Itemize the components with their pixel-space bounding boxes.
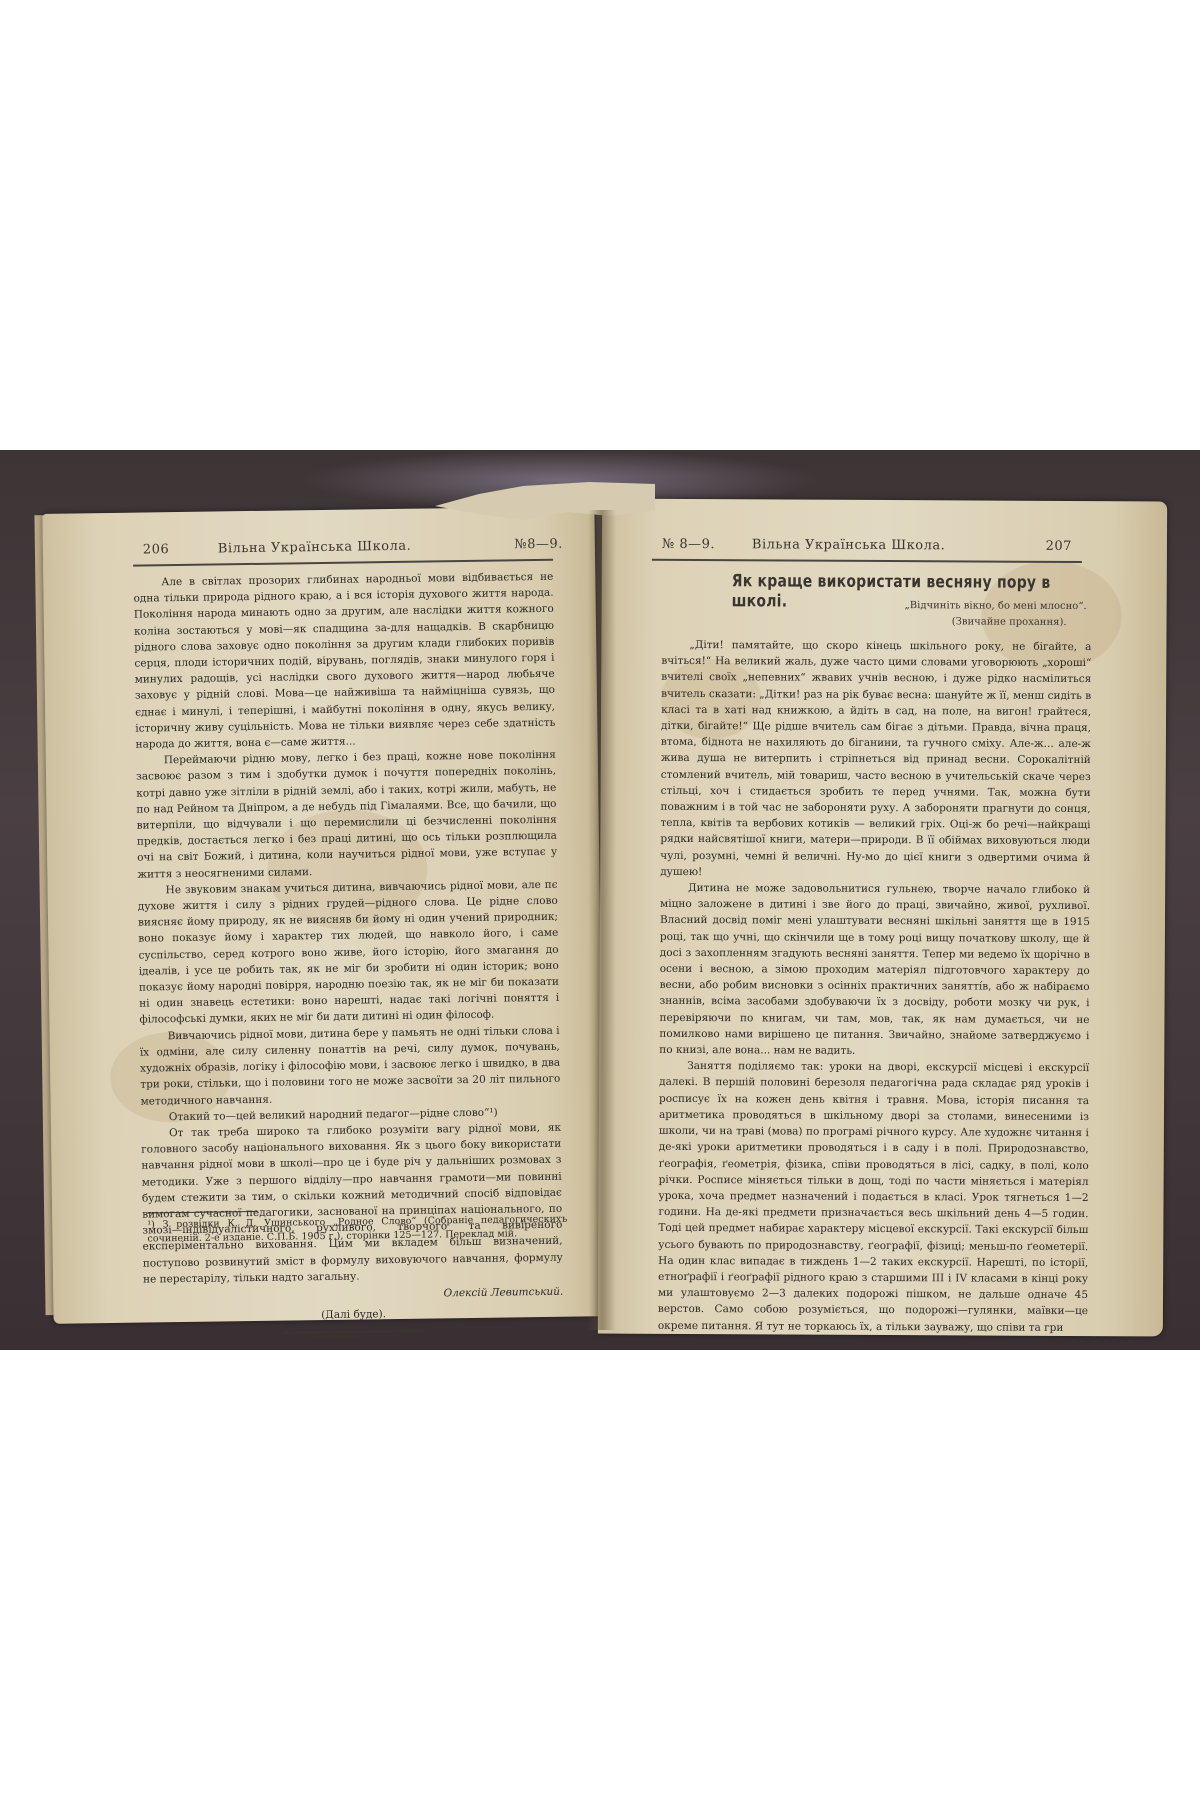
paragraph: „Діти! памятайте, що скоро кінець шкільн…	[660, 637, 1091, 882]
right-page-header: № 8—9. Вільна Українська Школа. 207	[662, 537, 1072, 554]
paragraph: От так треба широко та глибоко розуміти …	[141, 1120, 563, 1288]
page-number: 207	[1046, 539, 1072, 554]
epigraph-source: (Звичайне прохання).	[802, 614, 1087, 631]
left-page: 206 Вільна Українська Школа. №8—9. Але в…	[42, 506, 605, 1324]
running-title: Вільна Українська Школа.	[218, 537, 515, 556]
footnote: ¹) З розвідки К. Д. Ушинського „Родное С…	[147, 1213, 567, 1247]
author-signature: Олексій Левитський.	[143, 1284, 563, 1306]
to-be-continued: (Далі буде).	[143, 1304, 563, 1326]
right-page: № 8—9. Вільна Українська Школа. 207 Як к…	[598, 499, 1167, 1337]
paragraph: Але в світлах прозорих глибинах народньо…	[133, 569, 555, 753]
header-rule	[133, 559, 553, 567]
issue-number: № 8—9.	[662, 537, 752, 552]
book-photograph: 206 Вільна Українська Школа. №8—9. Але в…	[0, 450, 1200, 1350]
page-number: 206	[143, 541, 218, 557]
epigraph: „Відчиніть вікно, бо мені млосно“. (Звич…	[802, 598, 1087, 631]
epigraph-quote: „Відчиніть вікно, бо мені млосно“.	[802, 598, 1087, 615]
issue-number: №8—9.	[514, 537, 563, 553]
paragraph: Вивчаючись рідної мови, дитина бере у па…	[140, 1022, 561, 1109]
header-rule	[652, 559, 1082, 563]
end-rule	[284, 1330, 424, 1334]
paragraph: Переймаючи рідню мову, легко і без праці…	[136, 747, 558, 882]
paragraph: Заняття поділяємо так: уроки на дворі, е…	[658, 1058, 1089, 1336]
left-page-header: 206 Вільна Українська Школа. №8—9.	[143, 537, 563, 558]
paragraph: Дитина не може задовольнитися гульнею, т…	[659, 880, 1090, 1060]
right-page-body: „Діти! памятайте, що скоро кінець шкільн…	[658, 637, 1092, 1336]
open-book: 206 Вільна Українська Школа. №8—9. Але в…	[40, 460, 1170, 1340]
end-rule	[309, 1335, 399, 1337]
running-title: Вільна Українська Школа.	[752, 537, 1046, 554]
paragraph: Не звуковим знакам учиться дитина, вивча…	[138, 877, 560, 1029]
book-gutter	[588, 510, 616, 1330]
